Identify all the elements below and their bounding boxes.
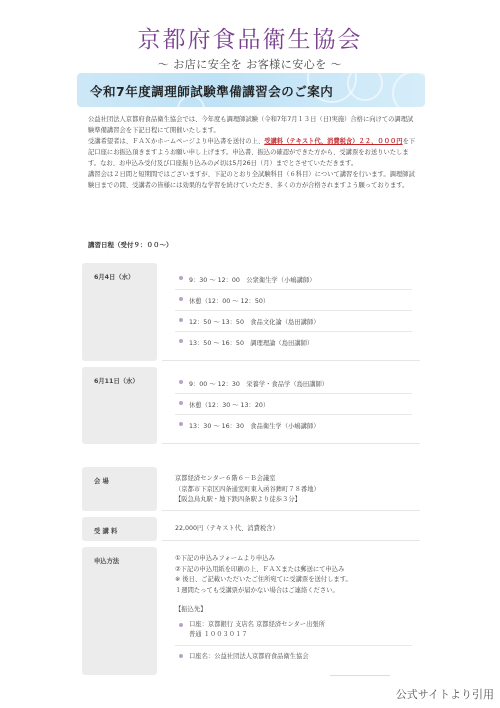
day-sessions: 9：00 ～ 12：30 栄養学・食品学（島田講師） 休憩（12：30 ～ 13…	[162, 367, 420, 444]
intro-text-span: 受講希望者は、ＦＡＸかホームページより申込書を送付の上、	[88, 138, 264, 145]
account-bank: 口座：京都銀行 支店名 京都経済センター出張所	[189, 620, 325, 631]
application-row: 申込方法 ①下記の申込みフォームより申込み ②下記の申込用紙を印刷の上、ＦＡＸま…	[82, 547, 420, 675]
schedule-heading: 講習日程（受付９：００～）	[88, 240, 173, 249]
venue-line: 【阪急烏丸駅・地下鉄四条駅より徒歩３分】	[162, 495, 420, 506]
venue-content: 京都経済センター６階６－Ｂ会議室 （京都市下京区四条通室町東入函谷鉾町７８番地）…	[162, 467, 420, 511]
bullet-icon	[179, 318, 183, 322]
cloud-swirl-decoration	[347, 73, 383, 101]
bullet-icon	[179, 401, 183, 405]
session-text: 9：00 ～ 12：30 栄養学・食品学（島田講師）	[189, 379, 328, 388]
fee-content: 22,000円（テキスト代、消費税含）	[162, 517, 420, 541]
session-item: 休憩（12：00 ～ 12：50）	[175, 290, 412, 311]
schedule-day-2: 6月11日（水） 9：00 ～ 12：30 栄養学・食品学（島田講師） 休憩（1…	[82, 367, 420, 444]
application-content: ①下記の申込みフォームより申込み ②下記の申込用紙を印刷の上、ＦＡＸまたは郵送に…	[162, 547, 420, 675]
intro-paragraph-3: 講習会は２日間と短期間ではございますが、下記のとおり全試験科目（６科目）について…	[88, 169, 418, 191]
venue-line: （京都市下京区四条通室町東入函谷鉾町７８番地）	[162, 485, 420, 496]
site-header: 京都府食品衛生協会 ～ お店に安全を お客様に安心を ～	[0, 0, 500, 72]
fee-row: 受 講 料 22,000円（テキスト代、消費税含）	[82, 517, 420, 541]
bullet-icon	[179, 380, 183, 384]
fee-label: 受 講 料	[94, 526, 117, 535]
session-text: 休憩（12：00 ～ 12：50）	[189, 296, 269, 305]
bullet-icon	[179, 654, 183, 658]
session-item: 休憩（12：30 ～ 13：20）	[175, 394, 412, 415]
bullet-icon	[179, 276, 183, 280]
session-text: 休憩（12：30 ～ 13：20）	[189, 400, 269, 409]
account-number: 普通 １００３０１７	[189, 630, 325, 641]
bullet-icon	[179, 339, 183, 343]
account-item: 口座：京都銀行 支店名 京都経済センター出張所 普通 １００３０１７	[175, 620, 412, 646]
title-banner: 令和7年度調理師試験準備講習会のご案内	[77, 73, 425, 107]
fee-label-cell: 受 講 料	[82, 517, 157, 541]
bullet-icon	[179, 422, 183, 426]
account-name: 口座名：公益社団法人京都府食品衛生協会	[189, 651, 309, 660]
application-label: 申込方法	[94, 556, 119, 565]
cloud-swirl-decoration	[392, 73, 425, 107]
divider	[330, 675, 390, 676]
intro-paragraph-2: 受講希望者は、ＦＡＸかホームページより申込書を送付の上、受講料（テキスト代、消費…	[88, 136, 418, 169]
application-label-cell: 申込方法	[82, 547, 157, 675]
fee-highlight: 受講料（テキスト代、消費税含）２２，０００円	[264, 138, 402, 145]
intro-text: 公益社団法人京都府食品衛生協会では、今年度も調理師試験（令和7年7月１３日（日)…	[88, 114, 418, 191]
venue-label-cell: 会 場	[82, 467, 157, 511]
session-text: 12：50 ～ 13：50 食品文化論（島田講師）	[189, 317, 320, 326]
schedule-day-1: 6月4日（水） 9：30 ～ 12：00 公衆衛生学（小嶋講師） 休憩（12：0…	[82, 263, 420, 361]
application-line: ①下記の申込みフォームより申込み	[162, 554, 420, 565]
session-item: 12：50 ～ 13：50 食品文化論（島田講師）	[175, 311, 412, 332]
day-label-cell: 6月4日（水）	[82, 263, 157, 361]
venue-label: 会 場	[94, 476, 109, 485]
intro-paragraph-1: 公益社団法人京都府食品衛生協会では、今年度も調理師試験（令和7年7月１３日（日)…	[88, 114, 418, 136]
transfer-heading: 【振込先】	[162, 605, 420, 616]
venue-row: 会 場 京都経済センター６階６－Ｂ会議室 （京都市下京区四条通室町東入函谷鉾町７…	[82, 467, 420, 511]
session-item: 13：50 ～ 16：50 調理理論（島田講師）	[175, 332, 412, 353]
session-text: 13：50 ～ 16：50 調理理論（島田講師）	[189, 338, 313, 347]
venue-line: 京都経済センター６階６－Ｂ会議室	[162, 474, 420, 485]
session-item: 9：00 ～ 12：30 栄養学・食品学（島田講師）	[175, 373, 412, 394]
tagline: ～ お店に安全を お客様に安心を ～	[0, 56, 500, 72]
org-name: 京都府食品衛生協会	[0, 26, 500, 54]
fee-value: 22,000円（テキスト代、消費税含）	[162, 524, 420, 535]
application-line: ②下記の申込用紙を印刷の上、ＦＡＸまたは郵送にて申込み	[162, 565, 420, 576]
bullet-icon	[179, 297, 183, 301]
page-title: 令和7年度調理師試験準備講習会のご案内	[90, 82, 333, 100]
account-name-item: 口座名：公益社団法人京都府食品衛生協会	[175, 646, 412, 666]
session-item: 13：30 ～ 16：30 食品衛生学（小嶋講師）	[175, 415, 412, 436]
day-label-cell: 6月11日（水）	[82, 367, 157, 444]
day-date: 6月11日（水）	[94, 376, 139, 385]
bullet-icon	[179, 623, 183, 627]
session-text: 13：30 ～ 16：30 食品衛生学（小嶋講師）	[189, 421, 320, 430]
day-date: 6月4日（水）	[94, 272, 134, 281]
application-line: ※ 後日、ご記載いただいたご住所宛てに受講票を送付します。	[162, 575, 420, 586]
session-text: 9：30 ～ 12：00 公衆衛生学（小嶋講師）	[189, 275, 316, 284]
account-text: 口座：京都銀行 支店名 京都経済センター出張所 普通 １００３０１７	[189, 620, 325, 641]
source-credit: 公式サイトより引用	[396, 686, 494, 702]
day-sessions: 9：30 ～ 12：00 公衆衛生学（小嶋講師） 休憩（12：00 ～ 12：5…	[162, 263, 420, 361]
session-item: 9：30 ～ 12：00 公衆衛生学（小嶋講師）	[175, 269, 412, 290]
application-line: １週間たっても受講票が届かない場合はご連絡ください。	[162, 586, 420, 597]
